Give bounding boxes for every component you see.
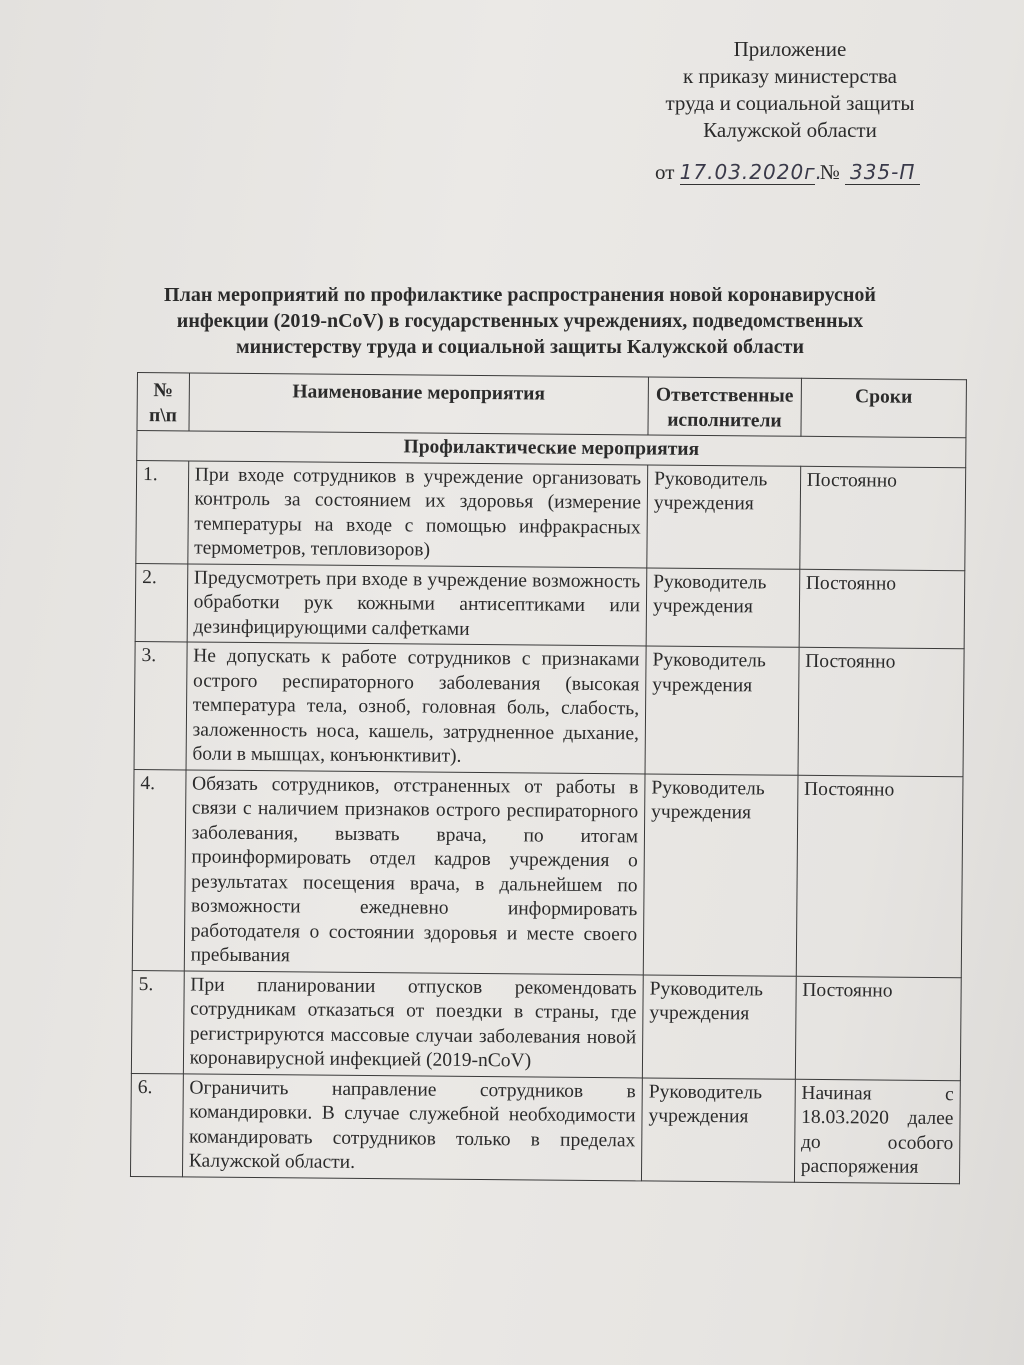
table-header-row: № п\п Наименование мероприятия Ответстве…	[137, 373, 966, 438]
row-name: Обязать сотрудников, отстраненных от раб…	[184, 769, 645, 974]
order-reference: от 17.03.2020г. № 335-П	[655, 160, 920, 185]
table-row: 5. При планировании отпусков рекомендова…	[131, 970, 961, 1080]
row-name: Ограничить направление сотрудников в ком…	[182, 1073, 642, 1180]
row-responsible: Руководитель учреждения	[643, 773, 797, 975]
row-name: Не допускать к работе сотрудников с приз…	[186, 642, 646, 774]
row-num: 3.	[134, 641, 187, 769]
row-term: Постоянно	[799, 569, 965, 649]
row-term: Начиная с 18.03.2020 далее до особого ра…	[794, 1079, 960, 1183]
document-page: Приложение к приказу министерства труда …	[0, 0, 1024, 1365]
row-responsible: Руководитель учреждения	[647, 464, 801, 568]
document-title: План мероприятий по профилактике распрос…	[135, 282, 905, 360]
row-term: Постоянно	[798, 647, 964, 776]
row-term: Постоянно	[796, 775, 963, 977]
order-date: 17.03.2020г.	[680, 160, 815, 185]
table-row: 1. При входе сотрудников в учреждение ор…	[136, 460, 966, 570]
appendix-line: труда и социальной защиты	[610, 90, 970, 117]
table-row: 6. Ограничить направление сотрудников в …	[130, 1073, 960, 1183]
table-row: 3. Не допускать к работе сотрудников с п…	[134, 641, 964, 776]
table-row: 2. Предусмотреть при входе в учреждение …	[135, 563, 965, 649]
row-name: При входе сотрудников в учреждение орган…	[188, 460, 648, 567]
appendix-line: Калужской области	[610, 117, 970, 144]
row-num: 6.	[130, 1073, 183, 1176]
appendix-line: Приложение	[610, 36, 970, 63]
row-term: Постоянно	[799, 466, 965, 570]
date-prefix: от	[655, 160, 674, 184]
row-responsible: Руководитель учреждения	[646, 567, 799, 647]
header-name: Наименование мероприятия	[189, 373, 649, 435]
row-term: Постоянно	[795, 976, 961, 1080]
table-row: 4. Обязать сотрудников, отстраненных от …	[132, 769, 963, 977]
row-num: 5.	[131, 970, 184, 1073]
row-responsible: Руководитель учреждения	[642, 974, 796, 1078]
appendix-header: Приложение к приказу министерства труда …	[610, 36, 970, 144]
header-num: № п\п	[137, 373, 189, 431]
row-responsible: Руководитель учреждения	[642, 1077, 796, 1181]
row-num: 4.	[132, 769, 185, 970]
row-name: Предусмотреть при входе в учреждение воз…	[187, 563, 647, 646]
row-num: 2.	[135, 563, 187, 642]
number-prefix: №	[820, 160, 840, 184]
order-number: 335-П	[845, 160, 920, 185]
row-name: При планировании отпусков рекомендовать …	[183, 970, 643, 1077]
header-responsible: Ответственные исполнители	[648, 377, 801, 436]
plan-table: № п\п Наименование мероприятия Ответстве…	[130, 372, 967, 1184]
row-responsible: Руководитель учреждения	[645, 646, 799, 775]
header-term: Сроки	[801, 378, 967, 437]
row-num: 1.	[136, 460, 189, 563]
appendix-line: к приказу министерства	[610, 63, 970, 90]
